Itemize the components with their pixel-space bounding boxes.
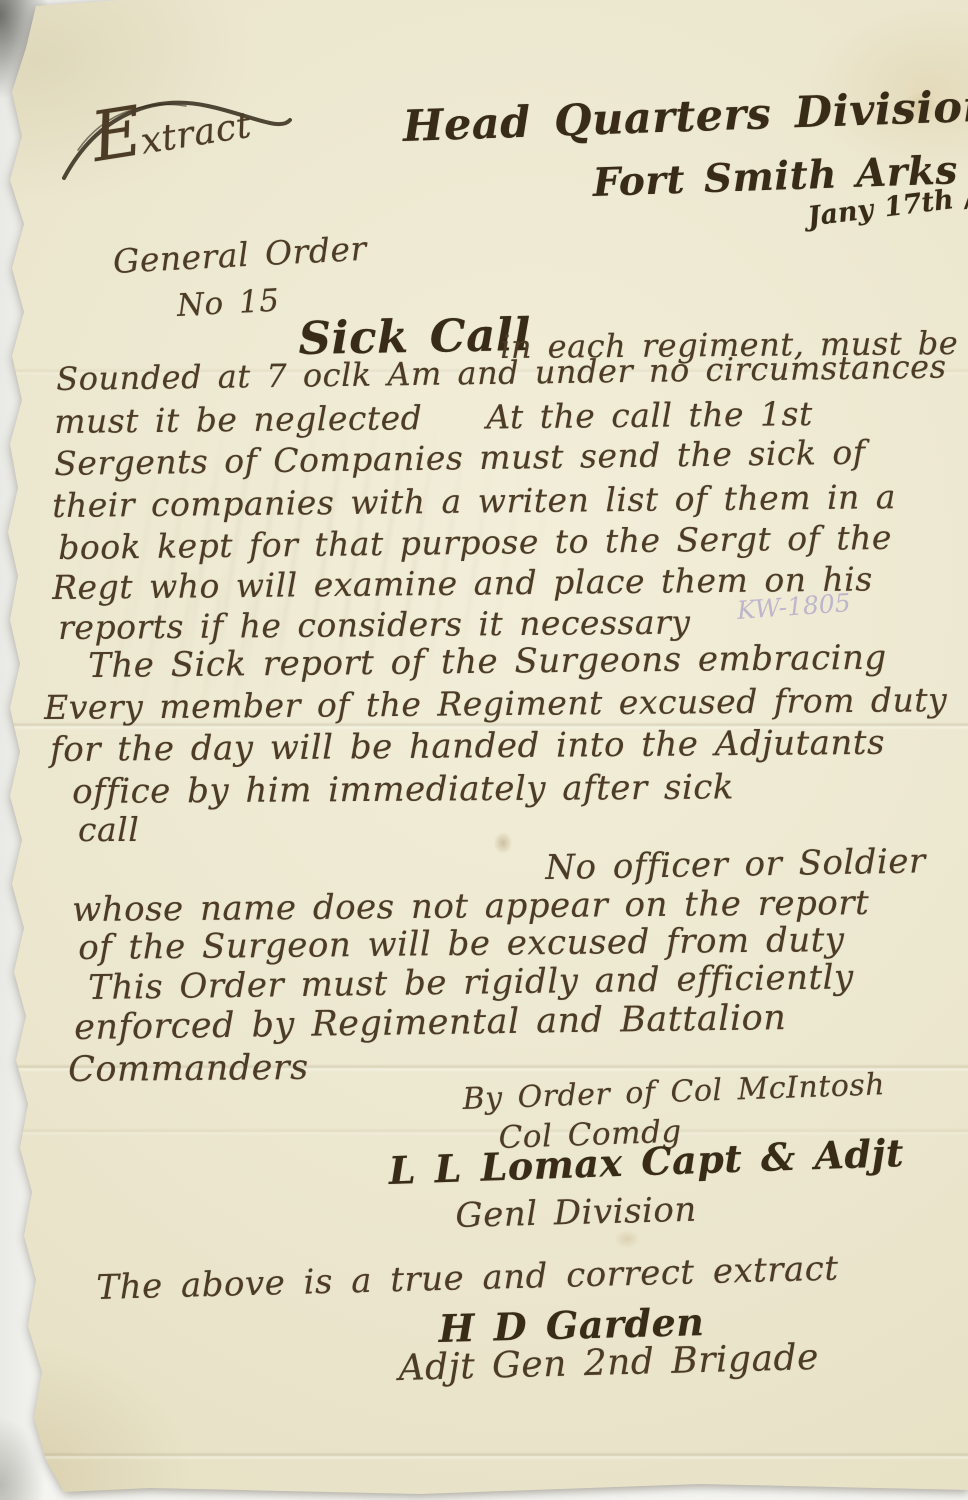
para2-line: office by him immediately after sick <box>72 767 734 812</box>
para4-line: enforced by Regimental and Battalion <box>74 998 787 1048</box>
order-title: General Order <box>112 229 368 281</box>
para4-line: Commanders <box>68 1048 309 1090</box>
certification-statement: The above is a true and correct extract <box>96 1249 839 1308</box>
header-unit: Head Quarters Division <box>402 81 968 152</box>
paper-sheet: KW-1805 Extract Head Quarters Division F… <box>0 0 968 1500</box>
para2-line: for the day will be handed into the Adju… <box>50 723 885 770</box>
para2-line: call <box>78 810 139 849</box>
paper-shadow: KW-1805 Extract Head Quarters Division F… <box>0 0 968 1500</box>
fold-crease <box>0 1452 968 1460</box>
signature-by-order: By Order of Col McIntosh <box>462 1067 886 1117</box>
para1-line: their companies with a writen list of th… <box>52 477 896 525</box>
para1-line: must it be neglected At the call the 1st <box>54 394 813 441</box>
para1-line: Sounded at 7 oclk Am and under no circum… <box>56 348 947 398</box>
para2-line: Every member of the Regiment excused fro… <box>44 680 947 727</box>
para2-line: The Sick report of the Surgeons embracin… <box>88 638 887 686</box>
para3-line: No officer or Soldier <box>545 841 926 888</box>
order-number: No 15 <box>176 283 280 324</box>
scanned-document: KW-1805 Extract Head Quarters Division F… <box>0 0 968 1500</box>
signature-adjutant: L L Lomax Capt & Adjt <box>388 1130 905 1193</box>
stain <box>492 830 514 856</box>
signature-unit: Genl Division <box>455 1190 697 1236</box>
